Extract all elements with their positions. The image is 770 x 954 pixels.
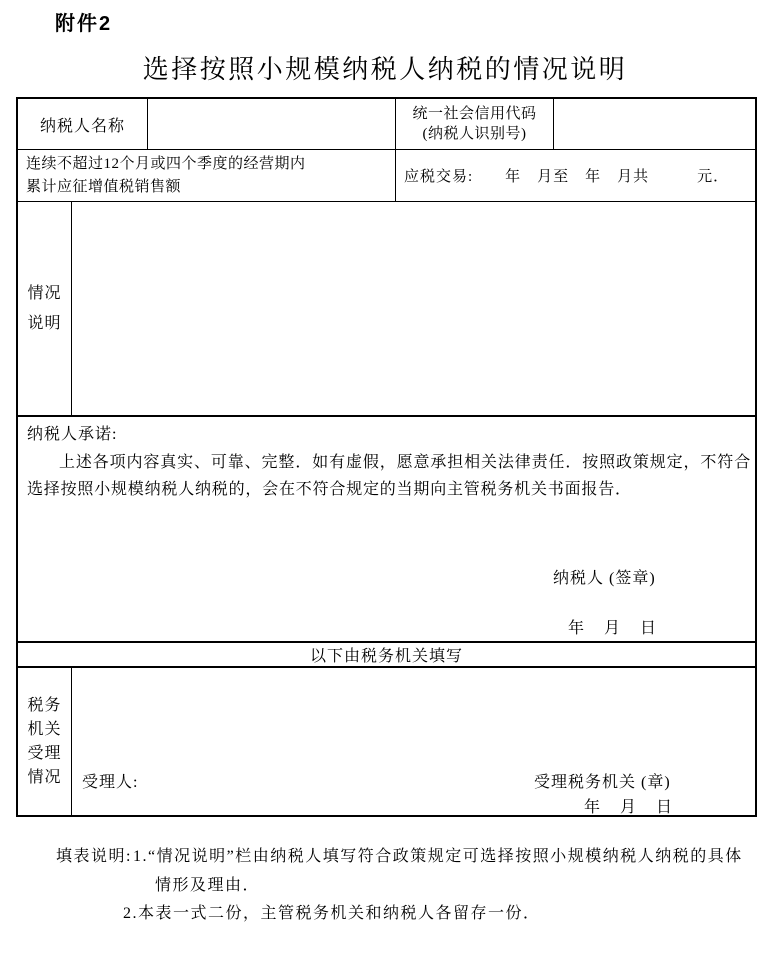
sales-label: 连续不超过12个月或四个季度的经营期内 累计应征增值税销售额 [18, 150, 396, 201]
taxpayer-name-label: 纳税人名称 [18, 99, 148, 149]
taxpayer-signature-label: 纳税人 (签章) [553, 565, 656, 588]
authority-label-line1: 税务 [27, 694, 61, 718]
authority-acceptance-row: 税务 机关 受理 情况 受理人: 受理税务机关 (章) 年 月 日 [18, 668, 755, 815]
taxpayer-name-value-cell [148, 99, 396, 149]
situation-label-line1: 情况 [27, 279, 61, 309]
filling-instructions-label: 填表说明: [56, 843, 132, 872]
authority-acceptance-label: 税务 机关 受理 情况 [18, 668, 72, 815]
promise-row: 纳税人承诺: 上述各项内容真实、可靠、完整．如有虚假，愿意承担相关法律责任．按照… [18, 417, 755, 643]
authority-seal-label: 受理税务机关 (章) [534, 769, 671, 792]
situation-row: 情况 说明 [18, 202, 755, 417]
credit-code-label-line2: (纳税人识别号) [423, 124, 527, 144]
taxpayer-name-row: 纳税人名称 统一社会信用代码 (纳税人识别号) [18, 99, 755, 150]
authority-label-line4: 情况 [27, 766, 61, 790]
form-table: 纳税人名称 统一社会信用代码 (纳税人识别号) 连续不超过12个月或四个季度的经… [16, 97, 757, 817]
authority-section-title: 以下由税务机关填写 [18, 643, 755, 668]
taxpayer-signature-date: 年 月 日 [568, 615, 658, 638]
authority-date: 年 月 日 [584, 794, 674, 817]
instruction-item-2: 2.本表一式二份，主管税务机关和纳税人各留存一份． [123, 900, 756, 929]
filling-instructions-items: 1.“情况说明”栏由纳税人填写符合政策规定可选择按照小规模纳税人纳税的具体情形及… [123, 843, 756, 929]
credit-code-label-line1: 统一社会信用代码 [412, 104, 536, 124]
credit-code-label: 统一社会信用代码 (纳税人识别号) [396, 99, 554, 149]
acceptor-label: 受理人: [82, 769, 138, 792]
page-title: 选择按照小规模纳税人纳税的情况说明 [0, 49, 770, 86]
situation-label-line2: 说明 [27, 309, 61, 339]
authority-label-line2: 机关 [27, 718, 61, 742]
promise-title: 纳税人承诺: [27, 422, 746, 448]
attachment-label: 附件2 [55, 7, 112, 36]
authority-acceptance-cell: 受理人: 受理税务机关 (章) 年 月 日 [72, 668, 755, 815]
sales-label-line2: 累计应征增值税销售额 [26, 176, 395, 199]
sales-row: 连续不超过12个月或四个季度的经营期内 累计应征增值税销售额 应税交易: 年 月… [18, 150, 755, 202]
document-page: 附件2 选择按照小规模纳税人纳税的情况说明 纳税人名称 统一社会信用代码 (纳税… [0, 0, 770, 954]
situation-value-cell [72, 202, 755, 415]
promise-body: 上述各项内容真实、可靠、完整．如有虚假，愿意承担相关法律责任．按照政策规定，不符… [27, 449, 751, 503]
authority-label-line3: 受理 [27, 742, 61, 766]
credit-code-value-cell [554, 99, 755, 149]
taxable-transaction-cell: 应税交易: 年 月至 年 月共 元． [396, 150, 755, 201]
sales-label-line1: 连续不超过12个月或四个季度的经营期内 [26, 153, 395, 176]
instruction-item-1: 1.“情况说明”栏由纳税人填写符合政策规定可选择按照小规模纳税人纳税的具体情形及… [123, 843, 756, 900]
situation-label: 情况 说明 [18, 202, 72, 415]
